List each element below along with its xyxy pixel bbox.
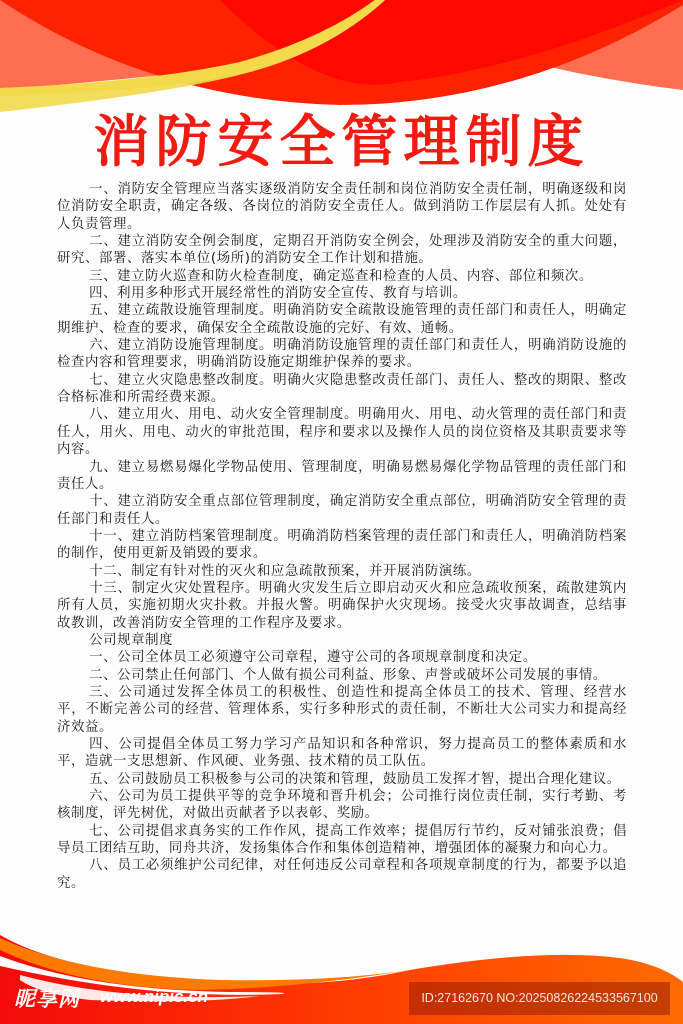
fire-rule-4: 四、利用多种形式开展经常性的消防安全宣传、教育与培训。 bbox=[57, 285, 627, 302]
company-rule-4: 四、公司提倡全体员工努力学习产品知识和各种常识，努力提高员工的整体素质和水平，造… bbox=[57, 736, 627, 771]
image-id-badge: ID:27162670 NO:20250826224533567100 bbox=[409, 982, 670, 1015]
fire-rule-7: 七、建立火灾隐患整改制度。明确火灾隐患整改责任部门、责任人、整改的期限、整改合格… bbox=[57, 372, 627, 407]
company-rule-8: 八、员工必须维护公司纪律，对任何违反公司章程和各项规章制度的行为，都要予以追究。 bbox=[57, 857, 627, 892]
company-rule-1: 一、公司全体员工必须遵守公司章程，遵守公司的各项规章制度和决定。 bbox=[57, 649, 627, 666]
fire-rule-6: 六、建立消防设施管理制度。明确消防设施管理的责任部门和责任人，明确消防设施的检查… bbox=[57, 337, 627, 372]
company-rule-2: 二、公司禁止任何部门、个人做有损公司利益、形象、声誉或破坏公司发展的事情。 bbox=[57, 667, 627, 684]
fire-rule-1: 一、消防安全管理应当落实逐级消防安全责任制和岗位消防安全责任制，明确逐级和岗位消… bbox=[57, 181, 627, 233]
fire-rule-12: 十二、制定有针对性的灭火和应急疏散预案，并开展消防演练。 bbox=[57, 563, 627, 580]
fire-rule-3: 三、建立防火巡查和防火检查制度，确定巡查和检查的人员、内容、部位和频次。 bbox=[57, 268, 627, 285]
watermark-url: www.nipic.cn bbox=[100, 987, 208, 1007]
company-rule-6: 六、公司为员工提供平等的竞争环境和晋升机会；公司推行岗位责任制，实行考勤、考核制… bbox=[57, 788, 627, 823]
fire-rule-5: 五、建立疏散设施管理制度。明确消防安全疏散设施管理的责任部门和责任人，明确定期维… bbox=[57, 302, 627, 337]
company-rule-7: 七、公司提倡求真务实的工作作风，提高工作效率；提倡厉行节约，反对铺张浪费；倡导员… bbox=[57, 823, 627, 858]
section-heading: 公司规章制度 bbox=[57, 632, 627, 649]
fire-rule-13: 十三、制定火灾处置程序。明确火灾发生后立即启动灭火和应急疏收预案，疏散建筑内所有… bbox=[57, 580, 627, 632]
poster-body: 一、消防安全管理应当落实逐级消防安全责任制和岗位消防安全责任制，明确逐级和岗位消… bbox=[57, 181, 627, 892]
fire-rule-8: 八、建立用火、用电、动火安全管理制度。明确用火、用电、动火管理的责任部门和责任人… bbox=[57, 406, 627, 458]
watermark-logo: 昵享网 bbox=[14, 983, 80, 1013]
company-rule-3: 三、公司通过发挥全体员工的积极性、创造性和提高全体员工的技术、管理、经营水平，不… bbox=[57, 684, 627, 736]
fire-rule-11: 十一、建立消防档案管理制度。明确消防档案管理的责任部门和责任人，明确消防档案的制… bbox=[57, 528, 627, 563]
company-rule-5: 五、公司鼓励员工积极参与公司的决策和管理，鼓励员工发挥才智，提出合理化建议。 bbox=[57, 771, 627, 788]
poster-title: 消防安全管理制度 bbox=[0, 108, 683, 178]
fire-rule-9: 九、建立易燃易爆化学物品使用、管理制度，明确易燃易爆化学物品管理的责任部门和责任… bbox=[57, 459, 627, 494]
fire-rule-2: 二、建立消防安全例会制度，定期召开消防安全例会，处理涉及消防安全的重大问题，研究… bbox=[57, 233, 627, 268]
fire-rule-10: 十、建立消防安全重点部位管理制度，确定消防安全重点部位，明确消防安全管理的责任部… bbox=[57, 493, 627, 528]
